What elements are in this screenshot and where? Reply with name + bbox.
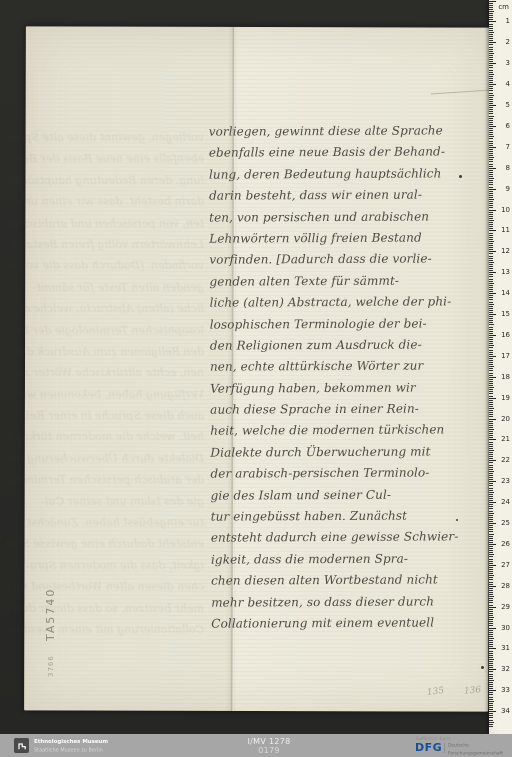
bleedthrough-line: entsteht dadurch eine gewisse Schwier- — [6, 533, 204, 554]
ruler-number: 32 — [501, 666, 510, 673]
ruler-tick — [489, 688, 493, 689]
manuscript-line: genden alten Texte für sämmt- — [209, 270, 457, 293]
manuscript-line: mehr besitzen, so dass dieser durch — [211, 591, 459, 614]
ruler-tick — [489, 272, 496, 273]
ruler-tick — [489, 126, 496, 127]
ruler-tick — [489, 544, 496, 545]
ruler-tick — [489, 264, 493, 265]
ruler-tick — [489, 592, 493, 593]
ruler-tick — [489, 168, 496, 169]
manuscript-line: der arabisch-persischen Terminolo- — [210, 463, 458, 486]
ruler-tick — [489, 521, 493, 522]
bleedthrough-line: chen diesen alten Wortbestand nicht — [6, 576, 204, 597]
ruler-tick — [489, 586, 496, 587]
ruler-tick — [489, 496, 493, 497]
inventory-mark-pencil: TA5740 — [44, 588, 57, 641]
ruler-tick — [489, 30, 493, 31]
ruler-number: 23 — [501, 478, 510, 485]
ruler-tick — [489, 164, 493, 165]
ruler-tick — [489, 534, 494, 535]
ruler-tick — [489, 253, 493, 254]
ruler-tick — [489, 172, 493, 173]
ruler-tick — [489, 324, 494, 325]
scan-number: 0179 — [247, 746, 290, 755]
manuscript-line: gie des Islam und seiner Cul- — [211, 484, 459, 507]
ruler-tick — [489, 354, 493, 355]
ruler-tick — [489, 235, 493, 236]
ruler-tick — [489, 412, 493, 413]
ruler-tick — [489, 640, 493, 641]
ruler-tick — [489, 550, 493, 551]
metadata-bar: Ethnologisches Museum Staatliche Museen … — [0, 734, 512, 757]
ruler-tick — [489, 402, 493, 403]
ruler-tick — [489, 699, 493, 700]
ruler-tick — [489, 310, 493, 311]
bleedthrough-line: mehr besitzen, so dass dieser durch — [6, 598, 204, 619]
manuscript-line: ebenfalls eine neue Basis der Behand- — [209, 142, 457, 165]
ruler-tick — [489, 471, 494, 472]
bleedthrough-line: der arabisch-persischen Terminolo- — [6, 469, 204, 490]
ruler-tick — [489, 53, 494, 54]
ruler-tick — [489, 28, 493, 29]
ruler-tick — [489, 304, 494, 305]
ruler-tick — [489, 260, 493, 261]
manuscript-line: nen, echte alttürkische Wörter zur — [210, 356, 458, 379]
ruler-tick — [489, 602, 493, 603]
ruler-number: 8 — [506, 165, 510, 172]
ruler-tick — [489, 571, 493, 572]
ruler-number: 31 — [501, 645, 510, 652]
ruler-tick — [489, 414, 493, 415]
ruler-tick — [489, 400, 493, 401]
ruler-tick — [489, 170, 493, 171]
ruler-tick — [489, 707, 493, 708]
ruler-tick — [489, 109, 493, 110]
ruler-tick — [489, 44, 493, 45]
ruler-tick — [489, 297, 493, 298]
ruler-tick — [489, 713, 493, 714]
ruler-tick — [489, 628, 496, 629]
ruler-tick — [489, 352, 493, 353]
ruler-tick — [489, 678, 493, 679]
ruler-tick — [489, 473, 493, 474]
ruler-tick — [489, 262, 494, 263]
ruler-tick — [489, 159, 493, 160]
ruler-tick — [489, 575, 494, 576]
ruler-tick — [489, 582, 493, 583]
museum-logo-icon — [14, 738, 29, 753]
manuscript-line: chen diesen alten Wortbestand nicht — [211, 570, 459, 593]
ruler-tick — [489, 452, 493, 453]
shelfmark: I/MV 1278 — [247, 737, 290, 746]
ruler-tick — [489, 502, 496, 503]
ruler-tick — [489, 511, 493, 512]
ruler-tick — [489, 40, 493, 41]
ruler-tick — [489, 387, 494, 388]
ruler-tick — [489, 519, 493, 520]
ruler-number: 5 — [506, 102, 510, 109]
ruler-tick — [489, 429, 494, 430]
ruler-tick — [489, 724, 493, 725]
pencil-foliation-right: 136 — [464, 685, 482, 696]
ruler-tick — [489, 567, 493, 568]
ruler-tick — [489, 15, 493, 16]
ruler-tick — [489, 389, 493, 390]
ruler-tick — [489, 34, 493, 35]
ruler-tick — [489, 130, 493, 131]
ruler-tick — [489, 638, 494, 639]
ruler-tick — [489, 498, 493, 499]
ruler-tick — [489, 1, 496, 2]
manuscript-line: losophischen Terminologie der bei- — [210, 313, 458, 336]
ruler-tick — [489, 26, 493, 27]
ruler-tick — [489, 477, 493, 478]
ruler-tick — [489, 306, 493, 307]
ruler-tick — [489, 70, 493, 71]
ruler-number: 29 — [501, 604, 510, 611]
ruler-number: 12 — [501, 248, 510, 255]
ruler-tick — [489, 97, 493, 98]
ruler-tick — [489, 291, 493, 292]
ruler-tick — [489, 408, 494, 409]
ruler-number: 19 — [501, 395, 510, 402]
ruler-tick — [489, 339, 493, 340]
ruler-tick — [489, 391, 493, 392]
ruler-tick — [489, 19, 493, 20]
ruler-tick — [489, 646, 493, 647]
handwritten-text: vorliegen, gewinnt diese alte Spracheebe… — [209, 120, 460, 635]
ruler-tick — [489, 527, 493, 528]
ruler-tick — [489, 596, 494, 597]
ruler-tick — [489, 368, 493, 369]
ruler-tick — [489, 36, 493, 37]
ruler-tick — [489, 556, 493, 557]
ruler-tick — [489, 155, 493, 156]
ruler-tick — [489, 615, 493, 616]
manuscript-line: Lehnwörtern völlig freien Bestand — [209, 227, 457, 250]
ruler-tick — [489, 105, 496, 106]
ruler-tick — [489, 11, 494, 12]
ruler-tick — [489, 619, 493, 620]
ruler-tick — [489, 266, 493, 267]
bleedthrough-line: vorliegen, gewinnt diese alte Sprache — [6, 127, 204, 148]
bleedthrough-line: Lehnwörtern völlig freien Bestand — [6, 234, 204, 255]
dfg-name: Deutsche Forschungsgemeinschaft — [448, 743, 512, 757]
ruler-tick — [489, 270, 493, 271]
ruler-tick — [489, 577, 493, 578]
ruler-number: 33 — [501, 687, 510, 694]
ruler-tick — [489, 74, 494, 75]
ruler-tick — [489, 233, 493, 234]
ruler-tick — [489, 180, 493, 181]
ruler-tick — [489, 308, 493, 309]
ruler-tick — [489, 421, 493, 422]
ruler-tick — [489, 138, 493, 139]
manuscript-line: auch diese Sprache in einer Rein- — [210, 398, 458, 421]
ruler-tick — [489, 285, 493, 286]
ruler-tick — [489, 366, 494, 367]
ruler-tick — [489, 435, 493, 436]
ruler-tick — [489, 214, 493, 215]
ruler-tick — [489, 690, 496, 691]
ruler-tick — [489, 490, 493, 491]
ruler-tick — [489, 667, 493, 668]
ruler-tick — [489, 598, 493, 599]
ruler-tick — [489, 663, 493, 664]
ruler-tick — [489, 546, 493, 547]
measurement-ruler: cm 1234567891011121314151617181920212223… — [489, 0, 512, 734]
ruler-number: 27 — [501, 562, 510, 569]
ruler-tick — [489, 694, 493, 695]
dust-speck — [459, 175, 462, 178]
dust-speck — [456, 519, 458, 521]
ruler-number: 1 — [506, 18, 510, 25]
ruler-number: 6 — [506, 123, 510, 130]
ruler-tick — [489, 207, 493, 208]
manuscript-line: ten, von persischen und arabischen — [209, 206, 457, 229]
manuscript-line: Verfügung haben, bekommen wir — [210, 377, 458, 400]
ruler-tick — [489, 86, 493, 87]
bleedthrough-line: losophischen Terminologie der bei- — [6, 320, 204, 341]
ruler-tick — [489, 573, 493, 574]
ruler-number: 34 — [501, 708, 510, 715]
ruler-tick — [489, 331, 493, 332]
ruler-tick — [489, 623, 493, 624]
ruler-tick — [489, 630, 493, 631]
ruler-tick — [489, 88, 493, 89]
ruler-tick — [489, 686, 493, 687]
ruler-tick — [489, 101, 493, 102]
ruler-tick — [489, 439, 496, 440]
scan-viewport: vorliegen, gewinnt diese alte Spracheebe… — [0, 0, 512, 757]
ruler-tick — [489, 475, 493, 476]
ruler-tick — [489, 197, 493, 198]
ruler-tick — [489, 515, 493, 516]
ruler-tick — [489, 191, 493, 192]
museum-name: Ethnologisches Museum — [34, 739, 110, 744]
ruler-tick — [489, 406, 493, 407]
ruler-tick — [489, 462, 493, 463]
ruler-tick — [489, 508, 493, 509]
ruler-tick — [489, 697, 493, 698]
ruler-tick — [489, 314, 496, 315]
ruler-tick — [489, 153, 493, 154]
ruler-tick — [489, 237, 493, 238]
ruler-tick — [489, 600, 493, 601]
bleedthrough-line: tur eingebüsst haben. Zunächst — [6, 512, 204, 533]
ruler-number: 7 — [506, 144, 510, 151]
ruler-tick — [489, 709, 493, 710]
ruler-tick — [489, 504, 493, 505]
dust-speck — [481, 666, 484, 669]
ruler-tick — [489, 322, 493, 323]
ruler-tick — [489, 684, 493, 685]
ruler-tick — [489, 565, 496, 566]
ruler-tick — [489, 609, 493, 610]
ruler-tick — [489, 147, 496, 148]
ruler-tick — [489, 423, 493, 424]
ruler-tick — [489, 318, 493, 319]
ruler-tick — [489, 722, 494, 723]
ruler-tick — [489, 416, 493, 417]
ruler-tick — [489, 665, 493, 666]
ruler-tick — [489, 433, 493, 434]
ruler-number: 30 — [501, 625, 510, 632]
ruler-tick — [489, 632, 493, 633]
ruler-tick — [489, 500, 493, 501]
ruler-tick — [489, 9, 493, 10]
ruler-tick — [489, 312, 493, 313]
ruler-tick — [489, 189, 496, 190]
ruler-tick — [489, 561, 493, 562]
ruler-tick — [489, 669, 496, 670]
ruler-tick — [489, 362, 493, 363]
ruler-tick — [489, 63, 496, 64]
ruler-tick — [489, 256, 493, 257]
ruler-unit-label: cm — [498, 3, 509, 11]
ruler-tick — [489, 128, 493, 129]
ruler-tick — [489, 241, 494, 242]
ruler-tick — [489, 122, 493, 123]
ruler-tick — [489, 84, 496, 85]
ruler-tick — [489, 49, 493, 50]
ruler-tick — [489, 320, 493, 321]
pencil-number-small: 3766 — [47, 655, 55, 677]
ruler-tick — [489, 205, 493, 206]
manuscript-line: vorliegen, gewinnt diese alte Sprache — [209, 120, 457, 143]
ruler-tick — [489, 61, 493, 62]
ruler-tick — [489, 136, 494, 137]
ruler-tick — [489, 653, 493, 654]
ruler-tick — [489, 467, 493, 468]
ruler-number: 28 — [501, 583, 510, 590]
ruler-tick — [489, 113, 493, 114]
ruler-tick — [489, 141, 493, 142]
ruler-tick — [489, 536, 493, 537]
manuscript-line: vorfinden. [Dadurch dass die vorlie- — [209, 249, 457, 272]
ruler-tick — [489, 358, 493, 359]
ruler-tick — [489, 335, 496, 336]
ruler-tick — [489, 203, 493, 204]
manuscript-line: lung, deren Bedeutung hauptsächlich — [209, 163, 457, 186]
manuscript-line: darin besteht, dass wir einen ural- — [209, 185, 457, 208]
ruler-tick — [489, 607, 496, 608]
ruler-tick — [489, 249, 493, 250]
ruler-tick — [489, 21, 496, 22]
bleedthrough-line: ebenfalls eine neue Basis der Behand- — [6, 148, 204, 169]
ruler-tick — [489, 373, 493, 374]
ruler-tick — [489, 513, 494, 514]
ruler-tick — [489, 95, 494, 96]
ruler-tick — [489, 124, 493, 125]
ruler-tick — [489, 381, 493, 382]
paper-crease — [431, 90, 491, 95]
ruler-tick — [489, 166, 493, 167]
ruler-tick — [489, 431, 493, 432]
dfg-logo: DFG — [415, 742, 442, 753]
ruler-tick — [489, 65, 493, 66]
ruler-tick — [489, 47, 493, 48]
ruler-number: 3 — [506, 60, 510, 67]
dfg-logo-divider — [444, 743, 445, 753]
ruler-tick — [489, 569, 493, 570]
ruler-tick — [489, 55, 493, 56]
ruler-tick — [489, 7, 493, 8]
ruler-tick — [489, 611, 493, 612]
ruler-tick — [489, 636, 493, 637]
ruler-tick — [489, 343, 493, 344]
ruler-tick — [489, 78, 493, 79]
bleedthrough-line: Dialekte durch Überwucherung mit — [6, 448, 204, 469]
ruler-tick — [489, 450, 494, 451]
ruler-tick — [489, 454, 493, 455]
ruler-tick — [489, 483, 493, 484]
ruler-tick — [489, 103, 493, 104]
ruler-tick — [489, 726, 493, 727]
museum-identity: Ethnologisches Museum Staatliche Museen … — [34, 739, 145, 756]
ruler-tick — [489, 210, 496, 211]
ruler-tick — [489, 107, 493, 108]
ruler-tick — [489, 613, 493, 614]
ruler-tick — [489, 360, 493, 361]
ruler-tick — [489, 195, 493, 196]
ruler-tick — [489, 182, 493, 183]
museum-organization: Staatliche Museen zu Berlin — [34, 748, 103, 753]
ruler-tick — [489, 548, 493, 549]
ruler-tick — [489, 448, 493, 449]
ruler-tick — [489, 134, 493, 135]
ruler-tick — [489, 350, 493, 351]
bleedthrough-line: heit, welche die modernen türkischen — [6, 426, 204, 447]
ruler-tick — [489, 287, 493, 288]
ruler-tick — [489, 671, 493, 672]
ruler-tick — [489, 341, 493, 342]
ruler-tick — [489, 116, 494, 117]
ruler-tick — [489, 347, 493, 348]
ruler-tick — [489, 370, 493, 371]
ruler-tick — [489, 274, 493, 275]
manuscript-line: igkeit, dass die modernen Spra- — [211, 548, 459, 571]
ruler-tick — [489, 281, 493, 282]
ruler-tick — [489, 625, 493, 626]
manuscript-line: Dialekte durch Überwucherung mit — [210, 441, 458, 464]
ruler-tick — [489, 701, 494, 702]
bleedthrough-line: Collationierung mit einem eventuell — [6, 619, 204, 640]
ruler-tick — [489, 59, 493, 60]
ruler-tick — [489, 404, 493, 405]
ruler-tick — [489, 634, 493, 635]
ruler-tick — [489, 379, 493, 380]
ruler-tick — [489, 17, 493, 18]
ruler-tick — [489, 383, 493, 384]
ruler-tick — [489, 529, 493, 530]
ruler-tick — [489, 295, 493, 296]
ruler-tick — [489, 13, 493, 14]
manuscript-line: entsteht dadurch eine gewisse Schwier- — [211, 527, 459, 550]
ruler-tick — [489, 57, 493, 58]
ruler-tick — [489, 90, 493, 91]
ruler-tick — [489, 149, 493, 150]
ruler-tick — [489, 437, 493, 438]
scan-identifier: I/MV 1278 0179 — [247, 737, 290, 755]
dfg-name-line2: Forschungsgemeinschaft — [448, 751, 503, 755]
ruler-tick — [489, 268, 493, 269]
ruler-tick — [489, 648, 496, 649]
ruler-tick — [489, 327, 493, 328]
ruler-tick — [489, 32, 494, 33]
ruler-tick — [489, 717, 493, 718]
ruler-tick — [489, 76, 493, 77]
